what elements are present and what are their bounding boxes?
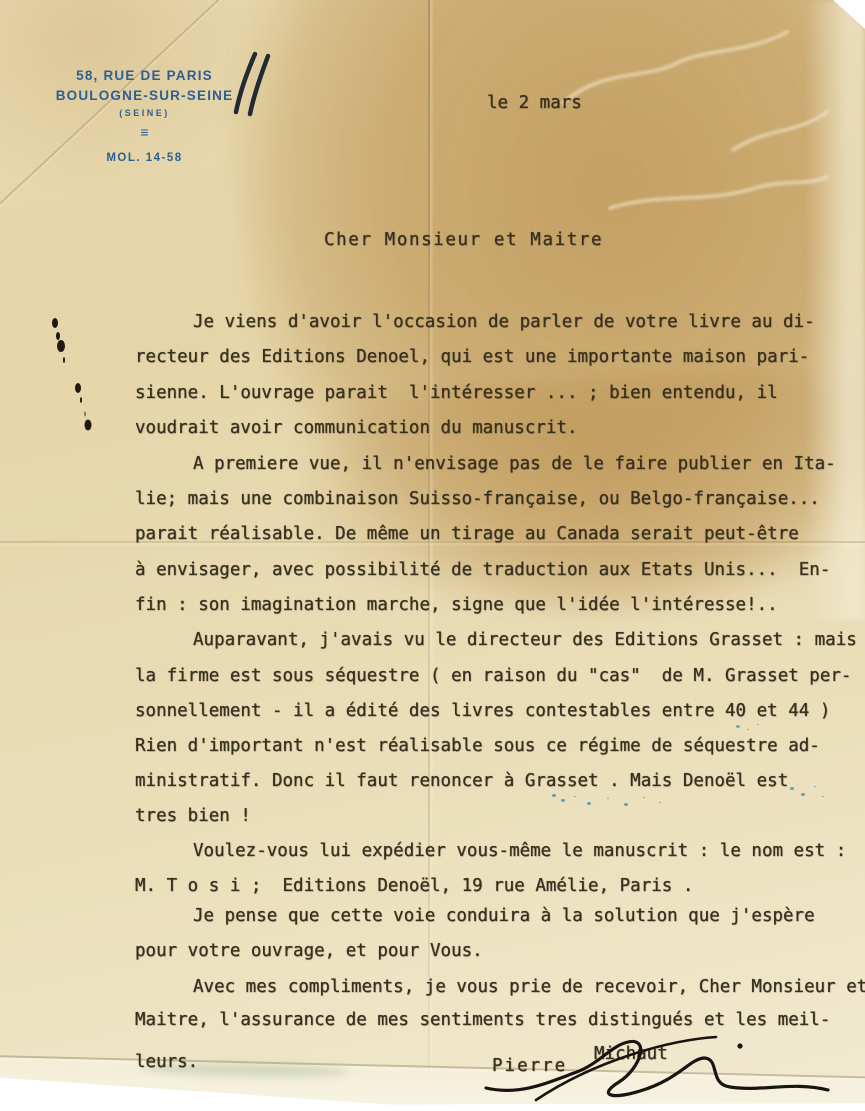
letterhead-phone: MOL. 14-58 xyxy=(52,152,237,164)
handwritten-signature xyxy=(478,1028,848,1111)
letter-line: Avec mes compliments, je vous prie de re… xyxy=(135,977,865,997)
letter-line: Je viens d'avoir l'occasion de parler de… xyxy=(135,312,865,332)
letterhead: 58, RUE DE PARIS BOULOGNE-SUR-SEINE (SEI… xyxy=(52,66,237,164)
letter-line: M. T o s i ; Editions Denoël, 19 rue Amé… xyxy=(135,876,855,896)
letter-line: Voulez-vous lui expédier vous-même le ma… xyxy=(135,841,865,861)
letter-line: Je pense que cette voie conduira à la so… xyxy=(135,906,865,926)
blue-ink-specks xyxy=(790,787,794,790)
handwritten-double-slash-mark xyxy=(222,48,272,118)
letter-line: tres bien ! xyxy=(135,806,855,826)
letter-line: ministratif. Donc il faut renoncer à Gra… xyxy=(135,771,855,791)
scanned-letter-photo: 58, RUE DE PARIS BOULOGNE-SUR-SEINE (SEI… xyxy=(0,0,865,1111)
letter-paper: 58, RUE DE PARIS BOULOGNE-SUR-SEINE (SEI… xyxy=(0,0,865,1111)
letter-line: Auparavant, j'avais vu le directeur des … xyxy=(135,630,865,650)
letterhead-address-line2: BOULOGNE-SUR-SEINE xyxy=(52,86,237,106)
letter-line: sienne. L'ouvrage parait l'intéresser ..… xyxy=(135,383,855,403)
ink-blots xyxy=(52,318,58,328)
ink-offset-ghost-writing xyxy=(555,8,855,238)
letter-line: sonnellement - il a édité des livres con… xyxy=(135,701,855,721)
letter-line: Maitre, l'assurance de mes sentiments tr… xyxy=(135,1010,855,1030)
letterhead-divider-glyph: ≡ xyxy=(52,126,237,138)
salutation: Cher Monsieur et Maitre xyxy=(324,230,603,250)
letter-line: fin : son imagination marche, signe que … xyxy=(135,595,855,615)
letter-line: voudrait avoir communication du manuscri… xyxy=(135,418,855,438)
blue-ink-specks xyxy=(736,725,740,728)
letter-line: à envisager, avec possibilité de traduct… xyxy=(135,560,855,580)
blue-ink-specks xyxy=(552,794,556,797)
letter-line: pour votre ouvrage, et pour Vous. xyxy=(135,941,855,961)
date-line: le 2 mars xyxy=(487,93,582,113)
letter-line: parait réalisable. De même un tirage au … xyxy=(135,524,855,544)
letter-line: lie; mais une combinaison Suisso-françai… xyxy=(135,489,855,509)
letter-line: Rien d'important n'est réalisable sous c… xyxy=(135,736,855,756)
letterhead-address-line1: 58, RUE DE PARIS xyxy=(52,66,237,86)
letterhead-department: (SEINE) xyxy=(52,108,237,118)
letter-line: la firme est sous séquestre ( en raison … xyxy=(135,666,855,686)
letter-line: A premiere vue, il n'envisage pas de le … xyxy=(135,454,865,474)
letter-line: recteur des Editions Denoel, qui est une… xyxy=(135,347,855,367)
